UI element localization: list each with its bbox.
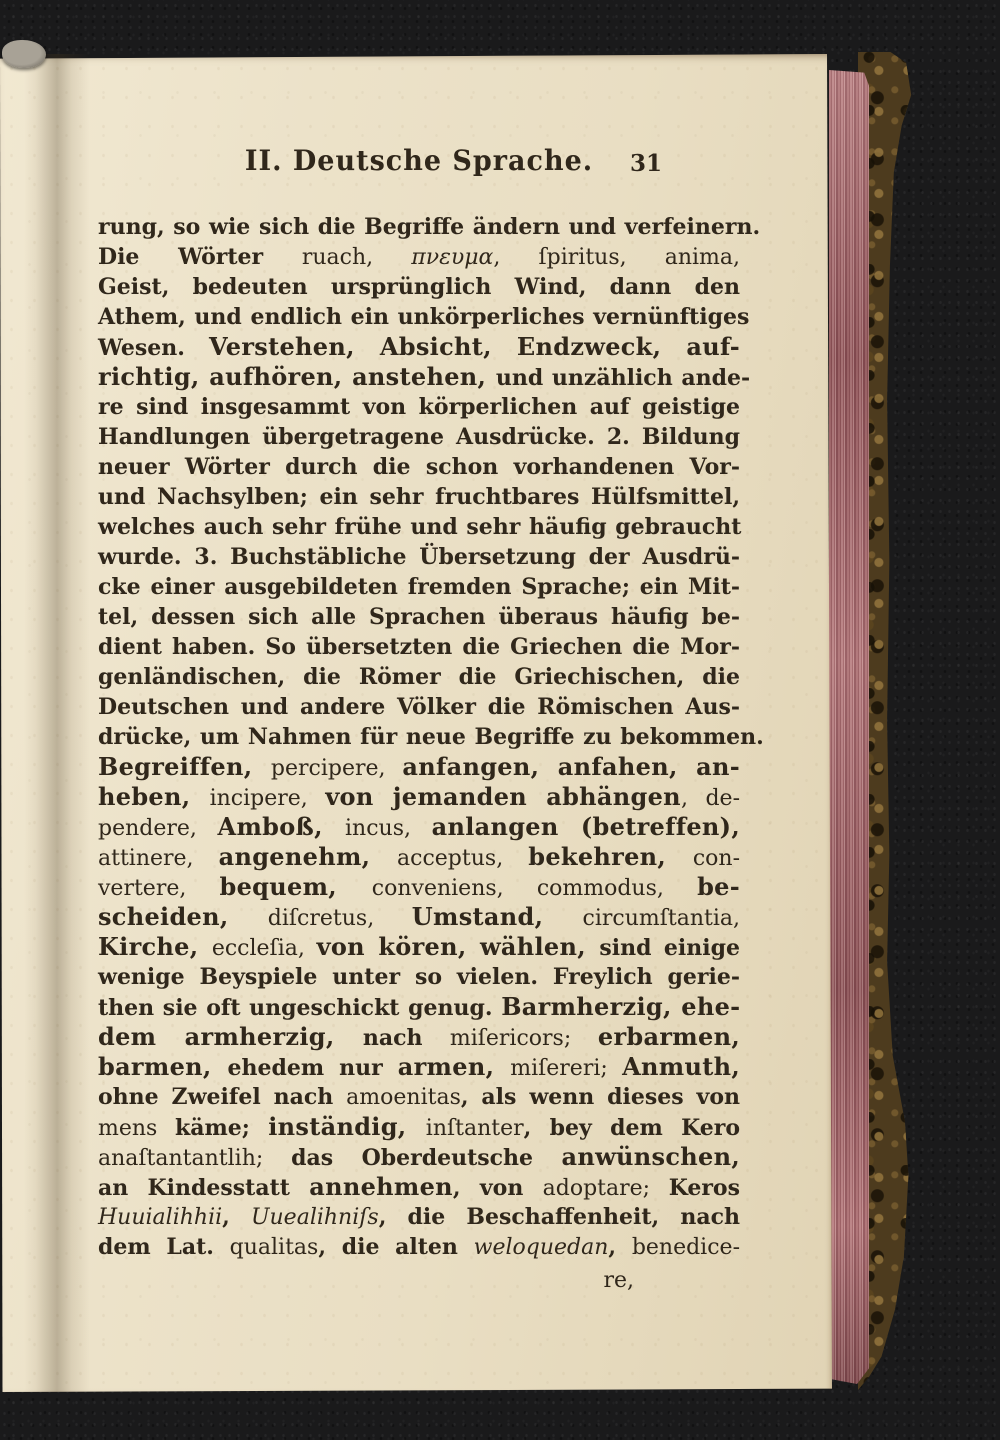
text-line: dem Lat. qualitas, die alten weloquedan,…: [98, 1232, 740, 1262]
text-line: Begreiffen, percipere, anfangen, anfahen…: [98, 752, 740, 782]
text-line: pendere, Amboß, incus, anlangen (betreff…: [98, 812, 740, 842]
text-line: dem armherzig, nach miſericors; erbarmen…: [98, 1022, 740, 1052]
page-content: II. Deutsche Sprache. 31 rung, so wie si…: [98, 146, 740, 1296]
text-line: heben, incipere, von jemanden abhängen, …: [98, 782, 740, 812]
text-line: rung, so wie sich die Begriffe ändern un…: [98, 212, 740, 242]
text-line: Athem, und endlich ein unkörperliches ve…: [98, 302, 740, 332]
text-line: anaſtantantlih; das Oberdeutsche anwünsc…: [98, 1142, 740, 1172]
text-line: attinere, angenehm, acceptus, bekehren, …: [98, 842, 740, 872]
text-line: neuer Wörter durch die schon vorhandenen…: [98, 452, 740, 482]
text-line: welches auch sehr frühe und sehr häufig …: [98, 512, 740, 542]
text-line: Wesen. Verstehen, Absicht, Endzweck, auf…: [98, 332, 740, 362]
text-line: Deutschen und andere Völker die Römische…: [98, 692, 740, 722]
page-number: 31: [630, 150, 662, 177]
page-header: II. Deutsche Sprache. 31: [98, 146, 740, 212]
text-line: mens käme; inständig, inſtanter, bey dem…: [98, 1112, 740, 1142]
text-line: barmen, ehedem nur armen, miſereri; Anmu…: [98, 1052, 740, 1082]
page-fore-edge: [829, 70, 869, 1384]
clasp-artifact: [2, 40, 46, 68]
text-line: tel, dessen sich alle Sprachen überaus h…: [98, 602, 740, 632]
book-scan: II. Deutsche Sprache. 31 rung, so wie si…: [0, 0, 1000, 1440]
text-line: then sie oft ungeschickt genug. Barmherz…: [98, 992, 740, 1022]
text-line: dient haben. So übersetzten die Griechen…: [98, 632, 740, 662]
text-line: vertere, bequem, conveniens, commodus, b…: [98, 872, 740, 902]
text-line: und Nachsylben; ein sehr fruchtbares Hül…: [98, 482, 740, 512]
text-line: scheiden, diſcretus, Umstand, circumſtan…: [98, 902, 740, 932]
text-line: drücke, um Nahmen für neue Begriffe zu b…: [98, 722, 740, 752]
text-line: Handlungen übergetragene Ausdrücke. 2. B…: [98, 422, 740, 452]
text-line: an Kindesstatt annehmen, von adoptare; K…: [98, 1172, 740, 1202]
text-line: Geist, bedeuten ursprünglich Wind, dann …: [98, 272, 740, 302]
text-line: Kirche, eccleſia, von kören, wählen, sin…: [98, 932, 740, 962]
gutter-shadow: [24, 54, 90, 1392]
text-line: ohne Zweifel nach amoenitas, als wenn di…: [98, 1082, 740, 1112]
text-line: richtig, aufhören, anstehen, und unzähli…: [98, 362, 740, 392]
catchword: re,: [98, 1266, 740, 1296]
text-line: wenige Beyspiele unter so vielen. Freyli…: [98, 962, 740, 992]
text-line: re sind insgesammt von körperlichen auf …: [98, 392, 740, 422]
text-line: genländischen, die Römer die Griechische…: [98, 662, 740, 692]
text-line: cke einer ausgebildeten fremden Sprache;…: [98, 572, 740, 602]
text-line: wurde. 3. Buchstäbliche Übersetzung der …: [98, 542, 740, 572]
text-line: Huuialihhii, Uuealihniſs, die Beschaffen…: [98, 1202, 740, 1232]
text-block: rung, so wie sich die Begriffe ändern un…: [98, 212, 740, 1262]
text-line: Die Wörter ruach, πνευμα, ſpiritus, anim…: [98, 242, 740, 272]
